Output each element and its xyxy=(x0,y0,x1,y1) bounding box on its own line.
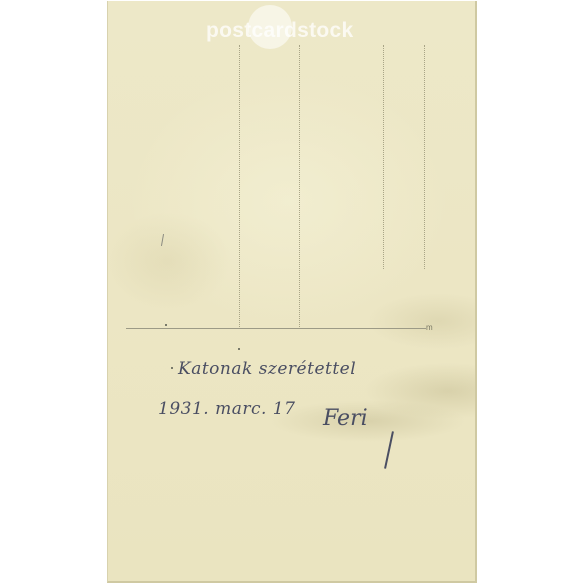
handwritten-date: 1931. marc. 17 xyxy=(158,399,295,419)
handwritten-greeting: Katonak szerétettel xyxy=(178,359,356,379)
signature-stroke xyxy=(384,431,394,469)
corner-mark: m xyxy=(426,323,433,332)
ink-dot xyxy=(165,324,167,326)
divider-dotted-line-1 xyxy=(239,45,240,327)
ink-dot xyxy=(238,348,240,350)
address-line xyxy=(126,328,426,329)
watermark-text: postcardstock xyxy=(206,19,353,43)
image-stage: postcardstock m Katonak szerétettel 1931… xyxy=(0,0,585,585)
postcard-back: postcardstock m Katonak szerétettel 1931… xyxy=(107,1,477,583)
divider-dotted-line-3 xyxy=(383,45,384,269)
handwritten-signature: Feri xyxy=(323,406,368,431)
ink-dot xyxy=(171,367,173,369)
divider-dotted-line-2 xyxy=(299,45,300,327)
pencil-mark xyxy=(161,234,164,246)
divider-dotted-line-4 xyxy=(424,45,425,269)
